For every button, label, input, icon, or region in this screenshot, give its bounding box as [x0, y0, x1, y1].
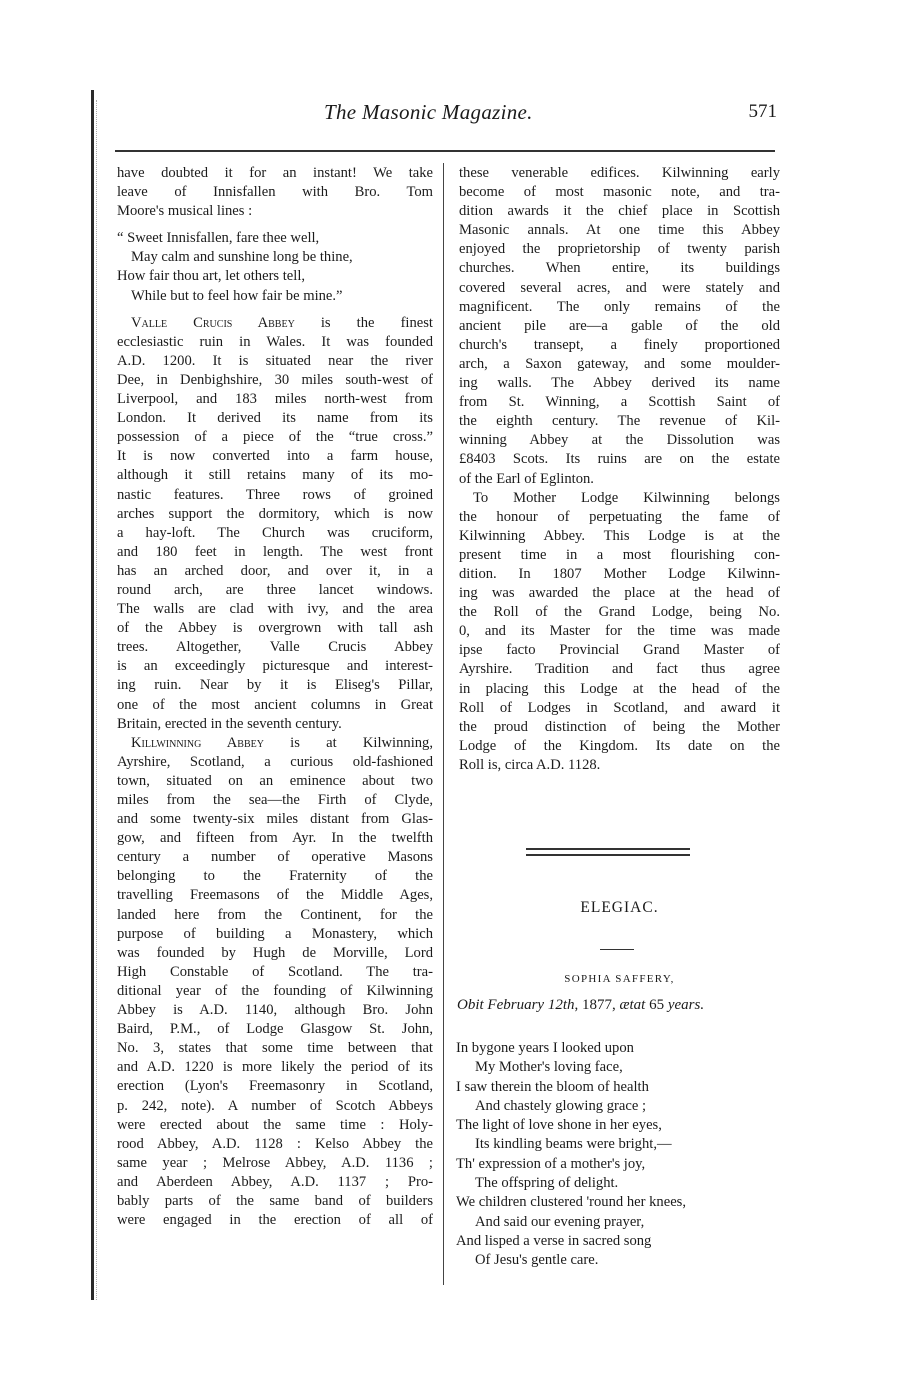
text-line: Ayrshire. Tradition and fact thus agree: [459, 660, 780, 679]
text-line: landed here from the Continent, for the: [117, 906, 433, 925]
text-line: The walls are clad with ivy, and the are…: [117, 600, 433, 619]
text-line: Lodge of the Kingdom. Its date on the: [459, 737, 780, 756]
text-line: gow, and fifteen from Ayr. In the twelft…: [117, 829, 433, 848]
text-line: ipse facto Provincial Grand Master of: [459, 641, 780, 660]
text-line: £8403 Scots. Its ruins are on the estate: [459, 450, 780, 469]
poem-line: Its kindling beams were bright,—: [456, 1135, 777, 1154]
running-title: The Masonic Magazine.: [324, 100, 533, 125]
text-line: ecclesiastic ruin in Wales. It was found…: [117, 333, 433, 352]
elegy-poem: In bygone years I looked upon My Mother'…: [456, 1039, 777, 1271]
right-column: these venerable edifices. Kilwinning ear…: [459, 164, 780, 775]
text-line: 0, and its Master for the time was made: [459, 622, 780, 641]
verse-line: While but to feel how fair be mine.”: [117, 287, 433, 306]
text-line: magnificent. The only remains of the: [459, 298, 780, 317]
text-line: Liverpool, and 183 miles north-west from: [117, 390, 433, 409]
kilwinning-paragraph: Killwinning Abbey is at Kilwinning, Ayrs…: [117, 734, 433, 1230]
intro-paragraph: have doubted it for an instant! We take …: [117, 164, 433, 221]
text-line: town, situated on an eminence about two: [117, 772, 433, 791]
poem-line: In bygone years I looked upon: [456, 1039, 777, 1058]
text-line: arches support the dormitory, which is n…: [117, 505, 433, 524]
text-line: and 180 feet in length. The west front: [117, 543, 433, 562]
page-number: 571: [749, 101, 778, 123]
text-line: ditional year of the founding of Kilwinn…: [117, 982, 433, 1001]
page-header: The Masonic Magazine. 571: [112, 100, 777, 130]
poem-line: The light of love shone in her eyes,: [456, 1116, 777, 1135]
poem-line: And chastely glowing grace ;: [456, 1097, 777, 1116]
column-divider: [443, 163, 444, 1285]
text-line: these venerable edifices. Kilwinning ear…: [459, 164, 780, 183]
poem-line: The offspring of delight.: [456, 1174, 777, 1193]
text-line: century a number of operative Masons: [117, 848, 433, 867]
text-line: ing ruin. Near by it is Eliseg's Pillar,: [117, 676, 433, 695]
valle-crucis-paragraph: Valle Crucis Abbey is the finest ecclesi…: [117, 314, 433, 734]
text-line: It is now converted into a farm house,: [117, 447, 433, 466]
text-line: covered several acres, and were stately …: [459, 279, 780, 298]
text-line: erection (Lyon's Freemasonry in Scotland…: [117, 1077, 433, 1096]
text-line: Moore's musical lines :: [117, 202, 433, 221]
text-line: ing was awarded the place at the head of: [459, 584, 780, 603]
text-line: and Aberdeen Abbey, A.D. 1137 ; Pro-: [117, 1173, 433, 1192]
text-line: of the Earl of Eglinton.: [459, 470, 780, 489]
text-line: leave of Innisfallen with Bro. Tom: [117, 183, 433, 202]
text-line: although it still retains many of its mo…: [117, 466, 433, 485]
section-heading: Killwinning Abbey: [131, 735, 264, 751]
text-line: is an exceedingly picturesque and intere…: [117, 657, 433, 676]
verse-line: How fair thou art, let others tell,: [117, 267, 433, 286]
text-line: have doubted it for an instant! We take: [117, 164, 433, 183]
text-line: purpose of building a Monastery, which: [117, 925, 433, 944]
verse-line: “ Sweet Innisfallen, fare thee well,: [117, 229, 433, 248]
mother-lodge-paragraph: To Mother Lodge Kilwinning belongs the h…: [459, 489, 780, 775]
text-line: trees. Altogether, Valle Crucis Abbey: [117, 638, 433, 657]
text-line: Abbey is A.D. 1140, although Bro. John: [117, 1001, 433, 1020]
text-line: the eighth century. The revenue of Kil-: [459, 412, 780, 431]
page-binding-shadow: [96, 100, 98, 1300]
text-line: were engaged in the erection of all of: [117, 1211, 433, 1230]
text-line: one of the most ancient columns in Great: [117, 696, 433, 715]
text-line: same year ; Melrose Abbey, A.D. 1136 ;: [117, 1154, 433, 1173]
text-line: dition. In 1807 Mother Lodge Kilwinn-: [459, 565, 780, 584]
text-line: belonging to the Fraternity of the: [117, 867, 433, 886]
text-line: Dee, in Denbighshire, 30 miles south-wes…: [117, 371, 433, 390]
text-line: Ayrshire, Scotland, a curious old-fashio…: [117, 753, 433, 772]
verse-line: May calm and sunshine long be thine,: [117, 248, 433, 267]
text-line: ancient pile are—a gable of the old: [459, 317, 780, 336]
text-line: rood Abbey, A.D. 1128 : Kelso Abbey the: [117, 1135, 433, 1154]
poem-line: And said our evening prayer,: [456, 1213, 777, 1232]
text-line: A.D. 1200. It is situated near the river: [117, 352, 433, 371]
text-line: High Constable of Scotland. The tra-: [117, 963, 433, 982]
left-column: have doubted it for an instant! We take …: [117, 164, 433, 1230]
text-line: Masonic annals. At one time this Abbey: [459, 221, 780, 240]
text-line: of the Abbey is overgrown with tall ash: [117, 619, 433, 638]
text-line: Britain, erected in the seventh century.: [117, 715, 433, 734]
poem-line: And lisped a verse in sacred song: [456, 1232, 777, 1251]
text-line: nastic features. Three rows of groined: [117, 486, 433, 505]
text-line: become of most masonic note, and tra-: [459, 183, 780, 202]
text-line: Baird, P.M., of Lodge Glasgow St. John,: [117, 1020, 433, 1039]
section-heading: Valle Crucis Abbey: [131, 315, 295, 331]
section-title-elegiac: ELEGIAC.: [459, 899, 780, 917]
text-line: London. It derived its name from its: [117, 409, 433, 428]
poem-line: My Mother's loving face,: [456, 1058, 777, 1077]
poem-line: Th' expression of a mother's joy,: [456, 1155, 777, 1174]
section-divider-double-rule: [526, 848, 690, 856]
text-line: in placing this Lodge at the head of the: [459, 680, 780, 699]
short-rule: [600, 949, 634, 950]
text-line: ing walls. The Abbey derived its name: [459, 374, 780, 393]
text-line: and A.D. 1220 is more likely the period …: [117, 1058, 433, 1077]
text-line: travelling Freemasons of the Middle Ages…: [117, 886, 433, 905]
poem-line: Of Jesu's gentle care.: [456, 1251, 777, 1270]
text-line: and some twenty-six miles distant from G…: [117, 810, 433, 829]
text-line: from St. Winning, a Scottish Saint of: [459, 393, 780, 412]
text-line: was founded by Hugh de Morville, Lord: [117, 944, 433, 963]
text-line: winning Abbey at the Dissolution was: [459, 431, 780, 450]
text-line: churches. When entire, its buildings: [459, 259, 780, 278]
text-line: enjoyed the proprietorship of twenty par…: [459, 240, 780, 259]
text-line: Roll is, circa A.D. 1128.: [459, 756, 780, 775]
text-line: miles from the sea—the Firth of Clyde,: [117, 791, 433, 810]
moore-quote: “ Sweet Innisfallen, fare thee well, May…: [117, 229, 433, 305]
text-line: dition awards it the chief place in Scot…: [459, 202, 780, 221]
kilwinning-continuation-paragraph: these venerable edifices. Kilwinning ear…: [459, 164, 780, 489]
text-line: round arch, are three lancet windows.: [117, 581, 433, 600]
header-rule: [115, 150, 775, 152]
text-line: the honour of perpetuating the fame of: [459, 508, 780, 527]
text-line: the proud distinction of being the Mothe…: [459, 718, 780, 737]
text-line: To Mother Lodge Kilwinning belongs: [459, 489, 780, 508]
text-line: Killwinning Abbey is at Kilwinning,: [117, 734, 433, 753]
text-line: were erected about the same time : Holy-: [117, 1116, 433, 1135]
text-line: Valle Crucis Abbey is the finest: [117, 314, 433, 333]
elegy-subject: SOPHIA SAFFERY,: [459, 973, 780, 985]
text-line: arch, a Saxon gateway, and some moulder-: [459, 355, 780, 374]
text-line: a hay-loft. The Church was cruciform,: [117, 524, 433, 543]
text-line: Roll of Lodges in Scotland, and award it: [459, 699, 780, 718]
text-line: No. 3, states that some time between tha…: [117, 1039, 433, 1058]
text-line: Kilwinning Abbey. This Lodge is at the: [459, 527, 780, 546]
text-line: possession of a piece of the “true cross…: [117, 428, 433, 447]
text-line: present time in a most flourishing con-: [459, 546, 780, 565]
poem-line: I saw therein the bloom of health: [456, 1078, 777, 1097]
text-line: church's transept, a finely proportioned: [459, 336, 780, 355]
text-line: has an arched door, and over it, in a: [117, 562, 433, 581]
text-line: the Roll of the Grand Lodge, being No.: [459, 603, 780, 622]
poem-line: We children clustered 'round her knees,: [456, 1193, 777, 1212]
page-binding-edge: [91, 90, 94, 1300]
obit-line: Obit February 12th, 1877, ætat 65 years.: [457, 997, 782, 1014]
text-line: bably parts of the same band of builders: [117, 1192, 433, 1211]
text-line: p. 242, note). A number of Scotch Abbeys: [117, 1097, 433, 1116]
